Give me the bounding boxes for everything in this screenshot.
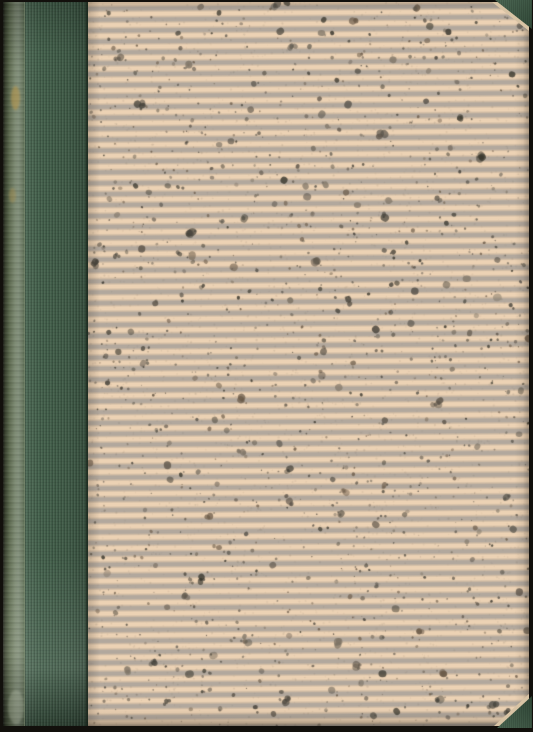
spine-stain <box>11 86 20 110</box>
spine-cloth-strip <box>25 2 88 726</box>
speckled-paper-board <box>88 2 529 726</box>
book-spine-edge <box>3 2 25 726</box>
spine-stain <box>9 188 16 203</box>
paper-speckle-texture <box>88 2 529 726</box>
book-cover-photo <box>0 0 533 732</box>
spine-wear-patch <box>8 690 24 724</box>
